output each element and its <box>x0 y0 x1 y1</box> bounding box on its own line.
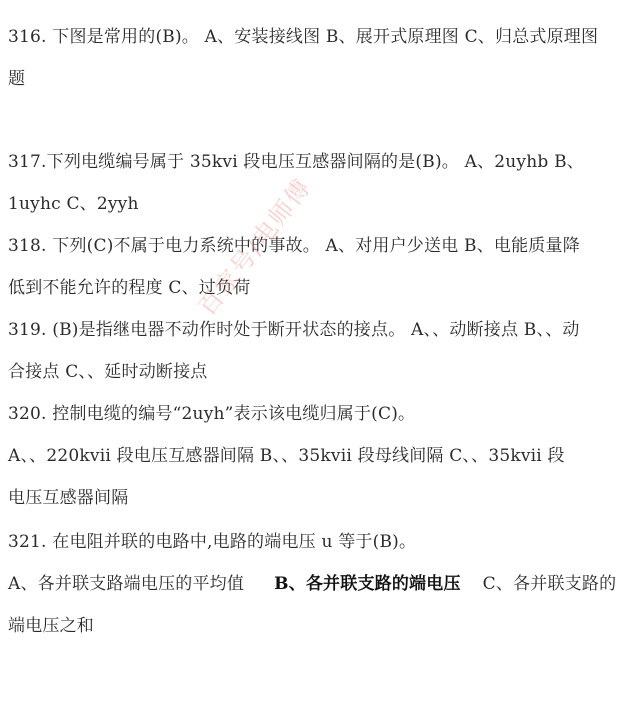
option-c: C、各并联支路的 <box>483 574 617 594</box>
question-317-line-2: 1uyhc C、2yyh <box>8 193 634 215</box>
option-a: A、各并联支路端电压的平均值 <box>8 574 244 594</box>
question-320-line-3: 电压互感器间隔 <box>8 487 634 509</box>
question-320-line-1: 320. 控制电缆的编号“2uyh”表示该电缆归属于(C)。 <box>8 403 634 425</box>
question-321-options: A、各并联支路端电压的平均值B、各并联支路的端电压C、各并联支路的 <box>8 573 634 595</box>
question-320-line-2: A、、220kvii 段电压互感器间隔 B、、35kvii 段母线间隔 C、、3… <box>8 445 634 467</box>
question-321-stem: 321. 在电阻并联的电路中,电路的端电压 u 等于(B)。 <box>8 531 634 553</box>
question-317-line-1: 317.下列电缆编号属于 35kvi 段电压互感器间隔的是(B)。 A、2uyh… <box>8 151 634 173</box>
question-316-line-1: 316. 下图是常用的(B)。 A、安装接线图 B、展开式原理图 C、归总式原理… <box>8 26 634 48</box>
question-319-line-2: 合接点 C、、延时动断接点 <box>8 361 634 383</box>
question-318-line-2: 低到不能允许的程度 C、过负荷 <box>8 277 634 299</box>
question-316-line-2: 题 <box>8 68 634 90</box>
question-319-line-1: 319. (B)是指继电器不动作时处于断开状态的接点。 A、、动断接点 B、、动 <box>8 319 634 341</box>
option-b-correct: B、各并联支路的端电压 <box>274 574 461 594</box>
question-318-line-1: 318. 下列(C)不属于电力系统中的事故。 A、对用户少送电 B、电能质量降 <box>8 235 634 257</box>
question-321-line-3: 端电压之和 <box>8 615 634 637</box>
